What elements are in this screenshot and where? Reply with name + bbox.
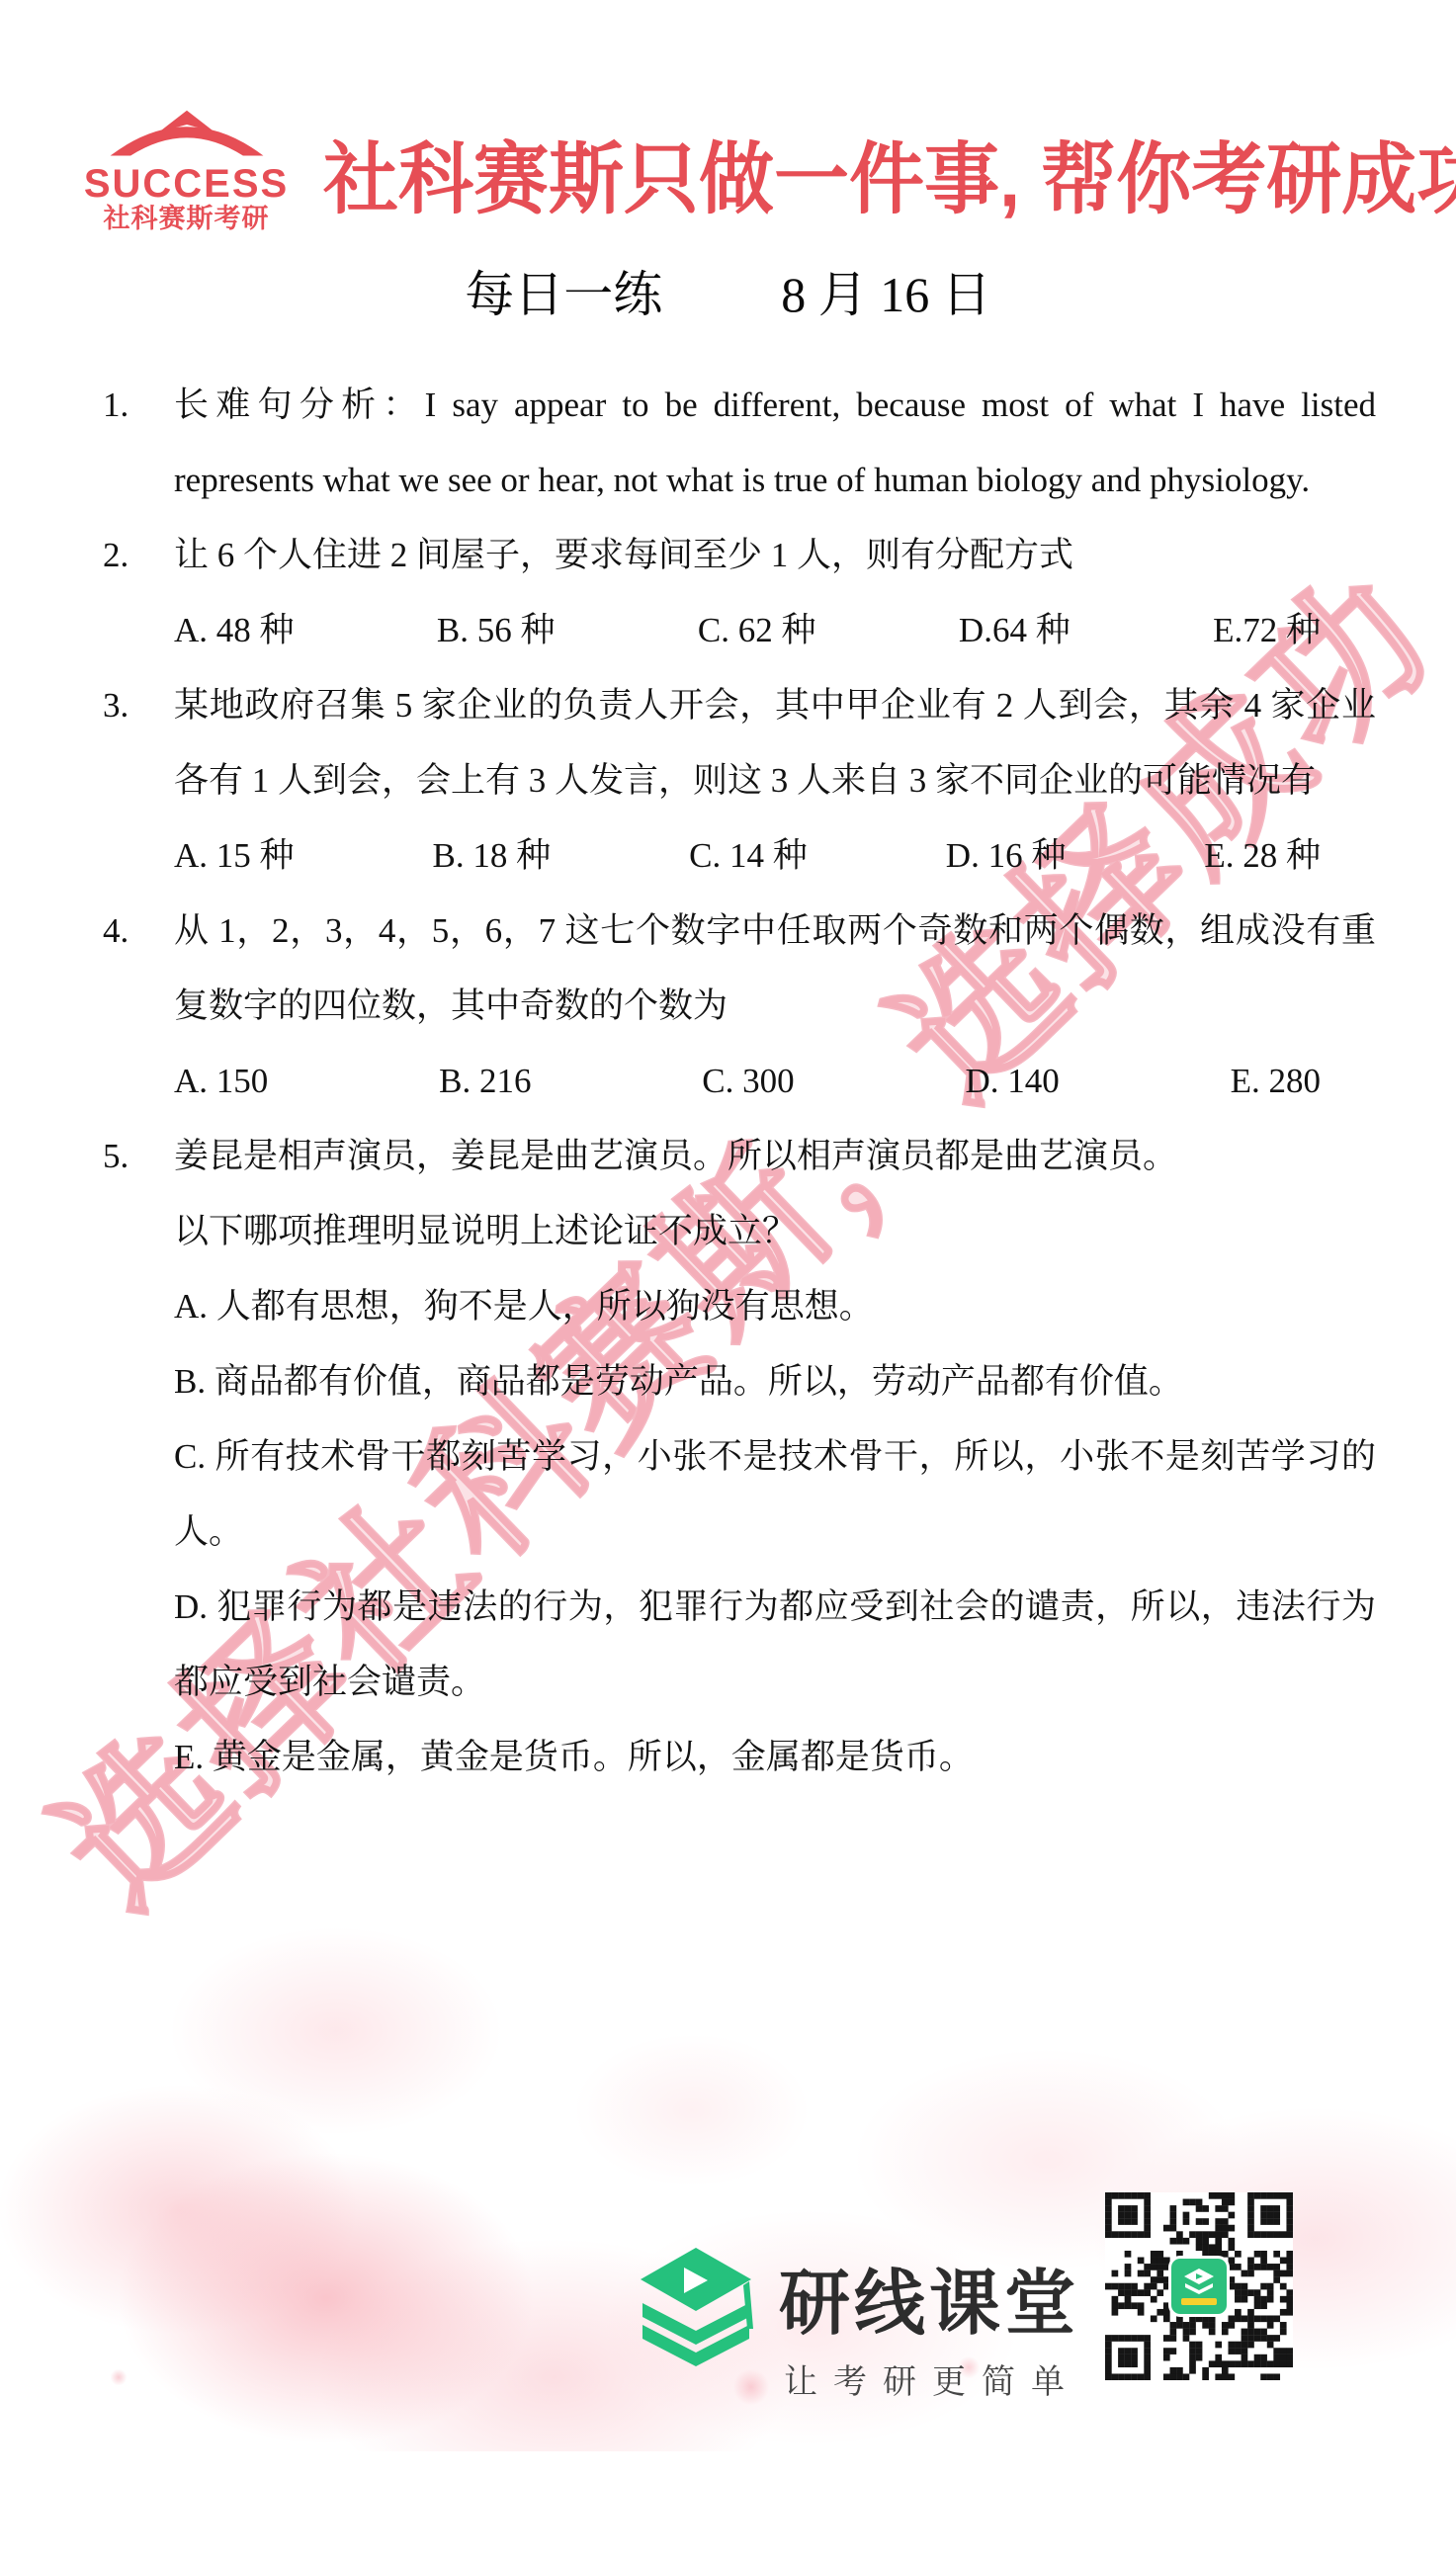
- options-row: A. 48 种 B. 56 种 C. 62 种 D.64 种 E.72 种: [174, 593, 1321, 668]
- option-b: B. 216: [439, 1044, 531, 1119]
- option-e: E. 280: [1231, 1044, 1321, 1119]
- option-a: A. 人都有思想，狗不是人，所以狗没有思想。: [174, 1269, 1376, 1344]
- question-number: 5.: [0, 1119, 174, 1194]
- options-row: A. 150 B. 216 C. 300 D. 140 E. 280: [174, 1044, 1321, 1119]
- question-text: 从 1，2，3，4，5，6，7 这七个数字中任取两个奇数和两个偶数，组成没有重复…: [174, 894, 1376, 1044]
- question-number: 3.: [0, 668, 174, 743]
- question-number: 4.: [0, 894, 174, 969]
- question-body: 长难句分析：I say appear to be different, beca…: [174, 368, 1376, 518]
- option-c: C. 所有技术骨干都刻苦学习，小张不是技术骨干，所以，小张不是刻苦学习的人。: [174, 1419, 1376, 1570]
- question-body: 从 1，2，3，4，5，6，7 这七个数字中任取两个奇数和两个偶数，组成没有重复…: [174, 894, 1376, 1119]
- option-b: B. 56 种: [437, 593, 556, 668]
- brand-subtitle: 社科赛斯考研: [104, 204, 270, 234]
- question-1: 1. 长难句分析：I say appear to be different, b…: [0, 368, 1456, 518]
- question-text: 姜昆是相声演员，姜昆是曲艺演员。所以相声演员都是曲艺演员。: [174, 1119, 1376, 1194]
- option-d: D. 16 种: [946, 818, 1067, 894]
- option-a: A. 15 种: [174, 818, 295, 894]
- option-c: C. 62 种: [698, 593, 816, 668]
- options-row: A. 15 种 B. 18 种 C. 14 种 D. 16 种 E. 28 种: [174, 818, 1321, 894]
- option-e: E.72 种: [1213, 593, 1321, 668]
- question-body: 姜昆是相声演员，姜昆是曲艺演员。所以相声演员都是曲艺演员。 以下哪项推理明显说明…: [174, 1119, 1376, 1795]
- footer-brand: 研线课堂: [779, 2246, 1079, 2349]
- option-a: A. 48 种: [174, 593, 295, 668]
- question-5: 5. 姜昆是相声演员，姜昆是曲艺演员。所以相声演员都是曲艺演员。 以下哪项推理明…: [0, 1119, 1456, 1795]
- option-b: B. 18 种: [433, 818, 552, 894]
- qr-center-app-icon: [1168, 2256, 1230, 2317]
- option-d: D. 犯罪行为都是违法的行为，犯罪行为都应受到社会的谴责，所以，违法行为都应受到…: [174, 1570, 1376, 1720]
- roof-icon: [109, 109, 265, 162]
- option-e: E. 黄金是金属，黄金是货币。所以，金属都是货币。: [174, 1720, 1376, 1795]
- question-text: 某地政府召集 5 家企业的负责人开会，其中甲企业有 2 人到会，其余 4 家企业…: [174, 668, 1376, 818]
- question-number: 2.: [0, 518, 174, 593]
- page-header: SUCCESS 社科赛斯考研 社科赛斯只做一件事, 帮你考研成功!: [85, 103, 1397, 241]
- success-logo: SUCCESS 社科赛斯考研: [85, 109, 288, 234]
- question-text: 长难句分析：I say appear to be different, beca…: [174, 368, 1376, 518]
- question-list: 1. 长难句分析：I say appear to be different, b…: [0, 368, 1456, 1795]
- question-3: 3. 某地政府召集 5 家企业的负责人开会，其中甲企业有 2 人到会，其余 4 …: [0, 668, 1456, 894]
- footer: 研线课堂 让考研更简单: [0, 2184, 1456, 2402]
- yanxian-logo-icon: [633, 2244, 759, 2377]
- header-slogan: 社科赛斯只做一件事, 帮你考研成功!: [323, 116, 1456, 227]
- question-number: 1.: [0, 368, 174, 443]
- footer-tagline: 让考研更简单: [784, 2355, 1080, 2403]
- question-4: 4. 从 1，2，3，4，5，6，7 这七个数字中任取两个奇数和两个偶数，组成没…: [0, 894, 1456, 1119]
- question-body: 让 6 个人住进 2 间屋子，要求每间至少 1 人，则有分配方式 A. 48 种…: [174, 518, 1376, 668]
- doc-title-left: 每日一练: [465, 255, 662, 326]
- doc-title-date: 8 月 16 日: [781, 255, 991, 326]
- option-e: E. 28 种: [1204, 818, 1321, 894]
- question-prompt: 以下哪项推理明显说明上述论证不成立？: [174, 1194, 1376, 1269]
- qr-code: [1105, 2192, 1293, 2380]
- option-c: C. 300: [702, 1044, 794, 1119]
- question-body: 某地政府召集 5 家企业的负责人开会，其中甲企业有 2 人到会，其余 4 家企业…: [174, 668, 1376, 894]
- option-d: D.64 种: [959, 593, 1071, 668]
- option-a: A. 150: [174, 1044, 268, 1119]
- question-2: 2. 让 6 个人住进 2 间屋子，要求每间至少 1 人，则有分配方式 A. 4…: [0, 518, 1456, 668]
- doc-title: 每日一练 8 月 16 日: [0, 255, 1456, 326]
- option-c: C. 14 种: [689, 818, 808, 894]
- question-text: 让 6 个人住进 2 间屋子，要求每间至少 1 人，则有分配方式: [174, 518, 1376, 593]
- option-b: B. 商品都有价值，商品都是劳动产品。所以，劳动产品都有价值。: [174, 1344, 1376, 1419]
- option-d: D. 140: [965, 1044, 1059, 1119]
- brand-wordmark: SUCCESS: [84, 164, 289, 204]
